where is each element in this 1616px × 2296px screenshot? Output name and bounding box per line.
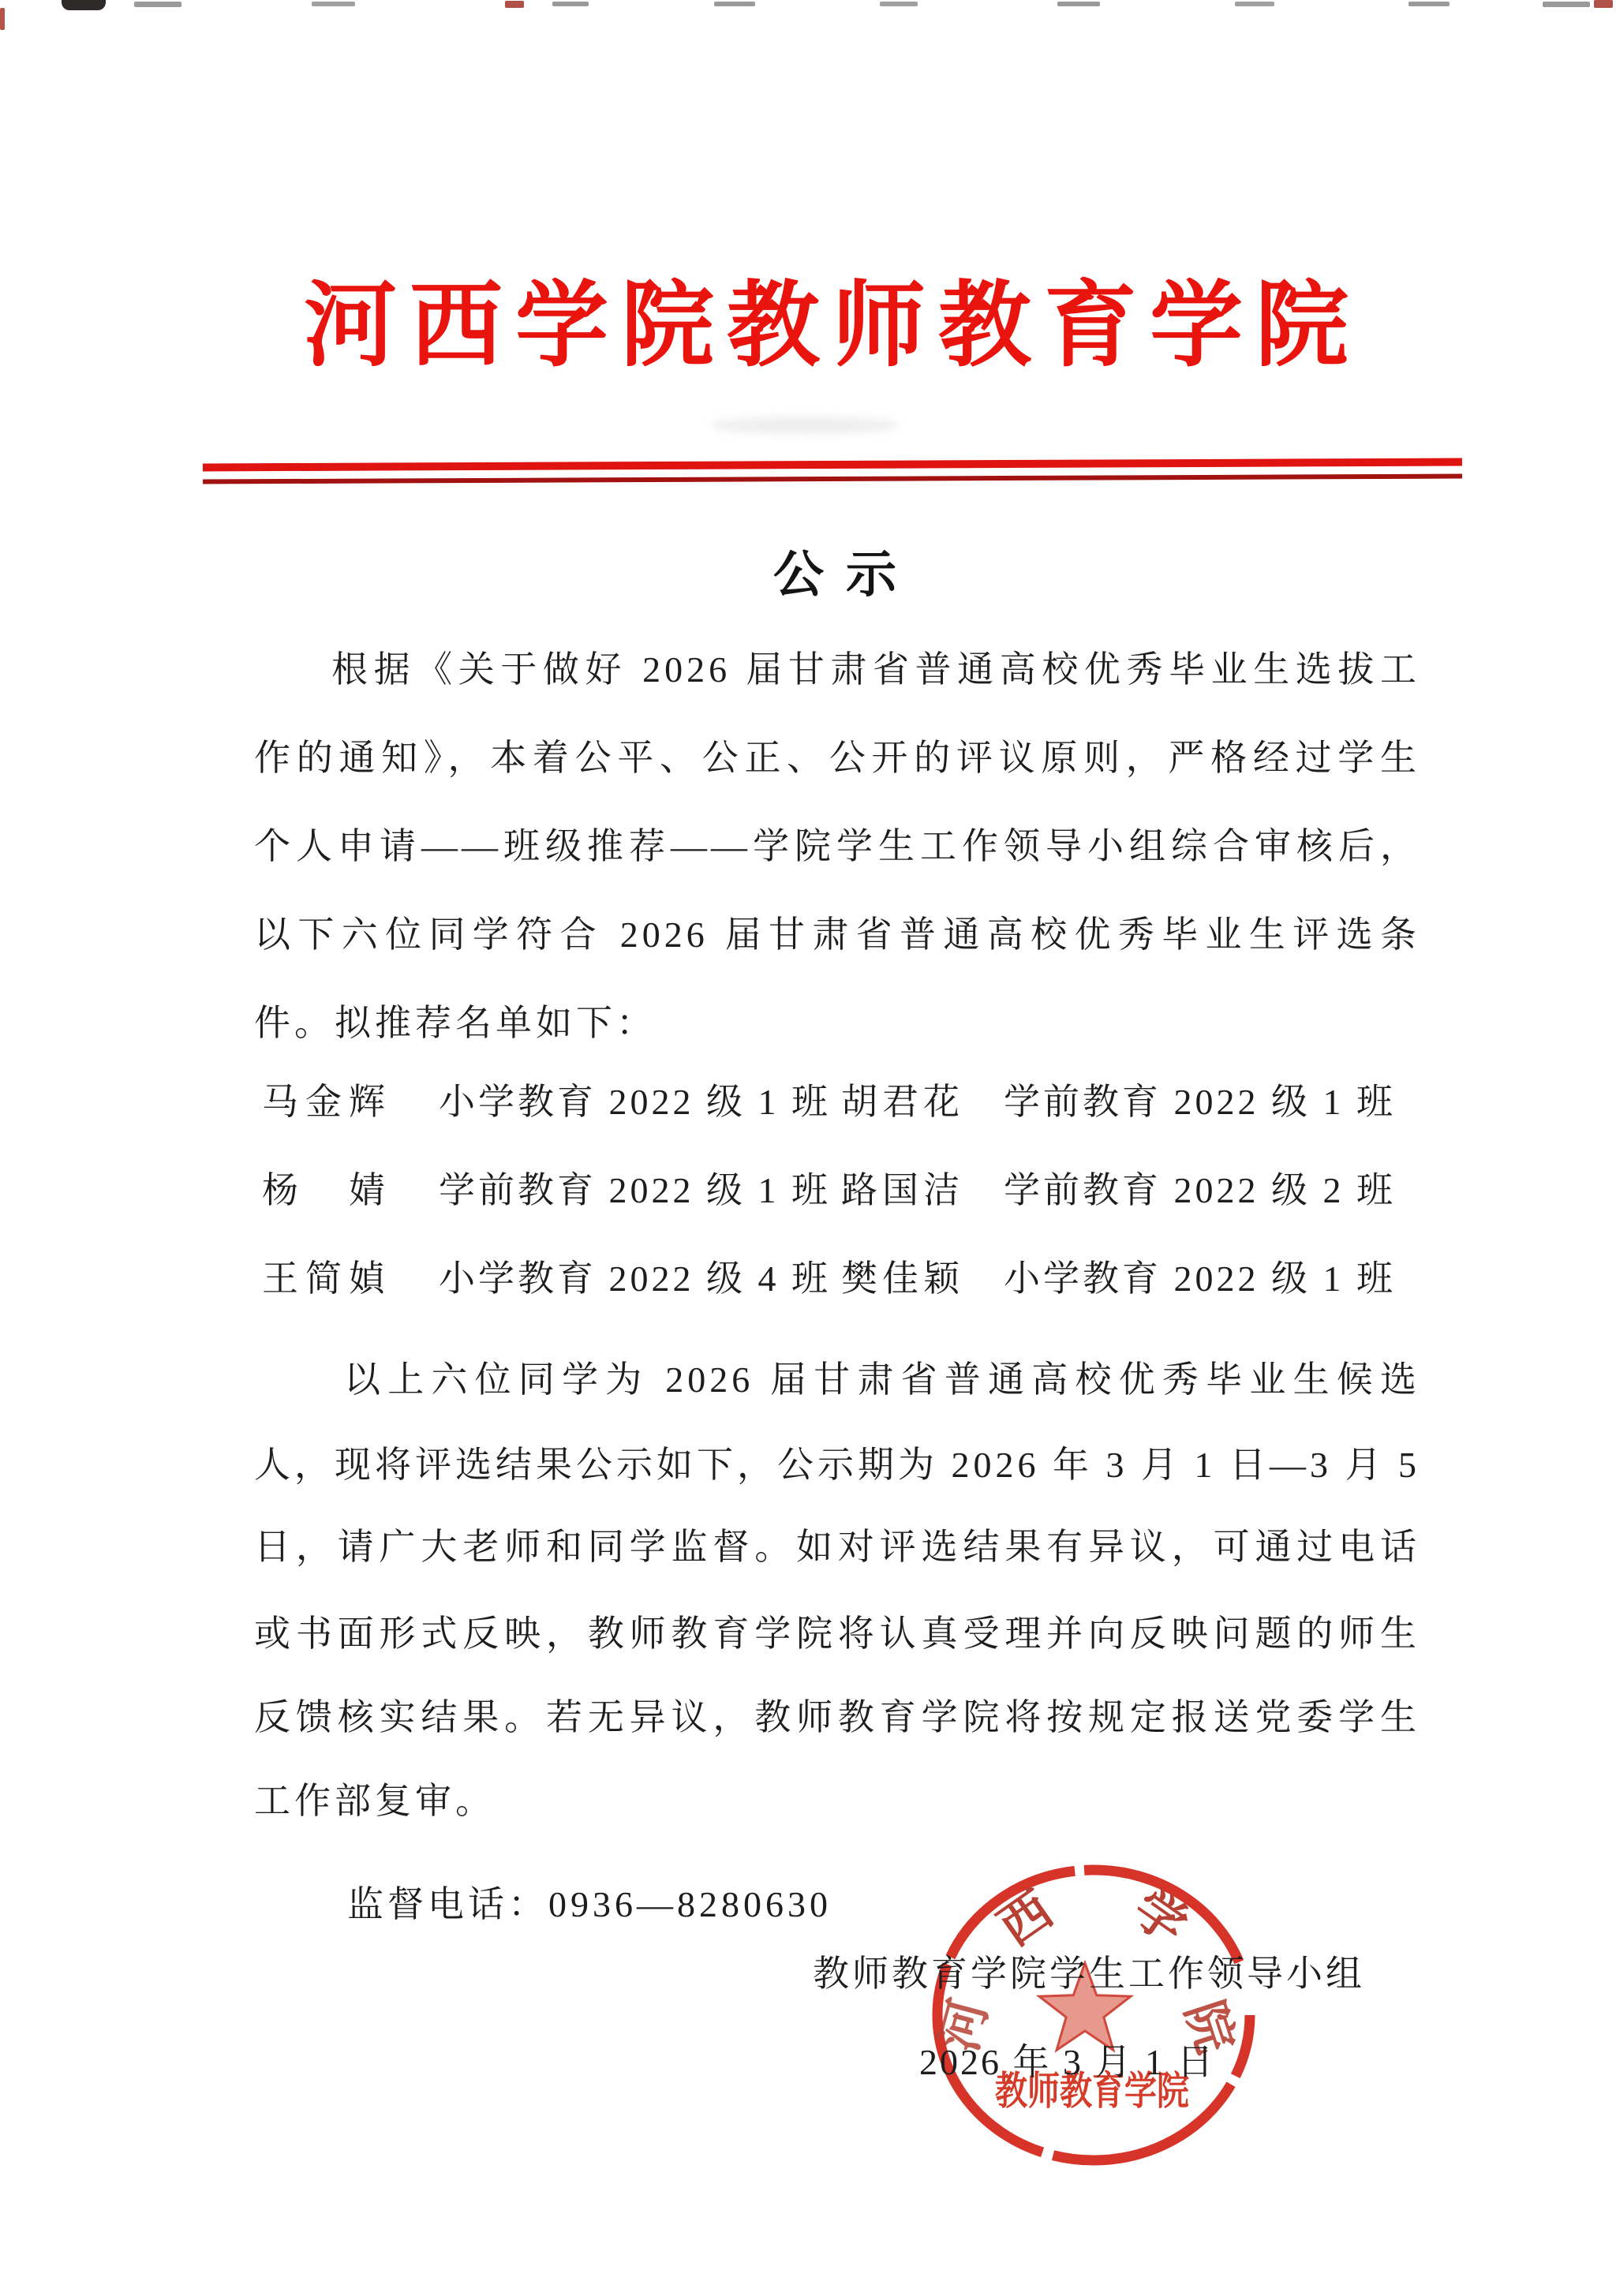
official-seal: 河 西 学 院 教师教育学院 (907, 1838, 1286, 2209)
scan-artifact (134, 2, 181, 7)
seal-ring-char: 学 (1123, 1880, 1196, 1955)
scan-artifact (1594, 0, 1613, 8)
student-name: 王简媜 (262, 1256, 392, 1302)
student-name: 胡君花 (841, 1079, 964, 1125)
scan-artifact (1235, 2, 1274, 6)
scan-artifact (1408, 2, 1450, 6)
body-line: 件。拟推荐名单如下： (254, 1000, 656, 1046)
body-line: 或书面形式反映，教师教育学院将认真受理并向反映问题的师生 (254, 1611, 1420, 1657)
body-line: 以上六位同学为 2026 届甘肃省普通高校优秀毕业生候选 (344, 1357, 1420, 1403)
scan-artifact (1543, 2, 1590, 7)
scan-artifact (1057, 2, 1100, 6)
signature-date: 2026 年 3 月 1 日 (919, 2040, 1216, 2085)
document-page: 河西学院教师教育学院 公 示 根据《关于做好 2026 届甘肃省普通高校优秀毕业… (0, 0, 1616, 2296)
student-name: 路国洁 (841, 1168, 964, 1213)
seal-ring-char: 西 (989, 1882, 1062, 1957)
body-line: 反馈核实结果。若无异议，教师教育学院将按规定报送党委学生 (254, 1695, 1420, 1741)
notice-heading: 公 示 (254, 546, 1420, 604)
body-line: 日，请广大老师和同学监督。如对评选结果有异议，可通过电话 (254, 1524, 1420, 1570)
letterhead-title: 河西学院教师教育学院 (203, 275, 1462, 379)
scan-artifact (880, 2, 918, 6)
body-line: 人，现将评选结果公示如下，公示期为 2026 年 3 月 1 日—3 月 5 (254, 1442, 1420, 1488)
signature-org: 教师教育学院学生工作领导小组 (813, 1951, 1365, 1997)
scan-artifact (714, 2, 755, 6)
body-line: 个人申请——班级推荐——学院学生工作领导小组综合审核后， (254, 824, 1420, 869)
student-class: 小学教育 2022 级 4 班 (439, 1256, 831, 1302)
supervision-phone-line: 监督电话：0936—8280630 (347, 1882, 832, 1928)
student-class: 学前教育 2022 级 1 班 (439, 1168, 831, 1213)
scan-artifact (62, 0, 106, 10)
body-line: 作的通知》，本着公平、公正、公开的评议原则，严格经过学生 (254, 735, 1420, 781)
body-line: 以下六位同学符合 2026 届甘肃省普通高校优秀毕业生评选条 (254, 912, 1420, 958)
student-class: 学前教育 2022 级 1 班 (1004, 1079, 1396, 1125)
body-line: 根据《关于做好 2026 届甘肃省普通高校优秀毕业生选拔工 (331, 647, 1420, 693)
scan-artifact (505, 1, 524, 8)
student-name: 马金辉 (262, 1079, 392, 1125)
scan-artifact (0, 8, 5, 30)
body-line: 工作部复审。 (254, 1778, 496, 1824)
scan-artifact (552, 2, 589, 6)
student-name: 杨 婧 (262, 1168, 392, 1213)
student-class: 小学教育 2022 级 1 班 (439, 1079, 831, 1125)
student-class: 小学教育 2022 级 1 班 (1004, 1256, 1396, 1302)
student-class: 学前教育 2022 级 2 班 (1004, 1168, 1396, 1213)
student-name: 樊佳颖 (841, 1256, 964, 1302)
letterhead-double-rule (203, 458, 1462, 484)
scan-smudge (710, 417, 900, 434)
scan-artifact (312, 2, 355, 6)
